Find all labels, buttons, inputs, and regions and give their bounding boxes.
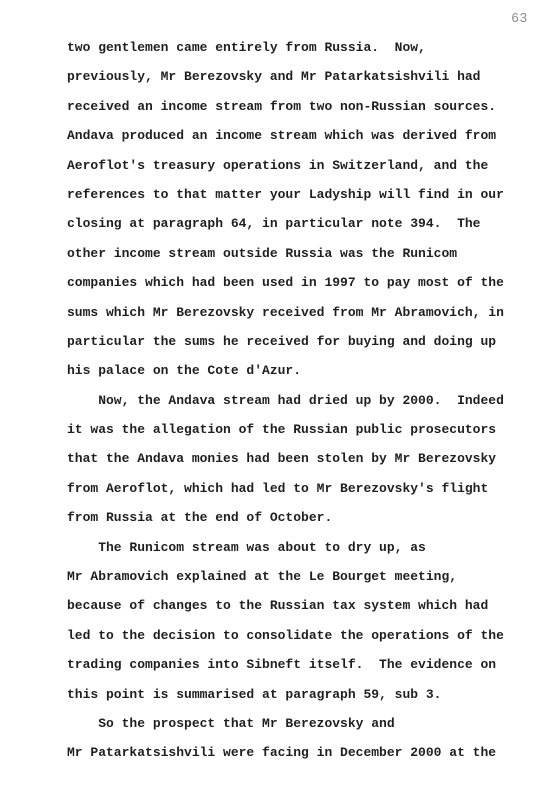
- transcript-line: Now, the Andava stream had dried up by 2…: [67, 386, 538, 415]
- transcript-page: 63 two gentlemen came entirely from Russ…: [0, 0, 558, 789]
- transcript-line: particular the sums he received for buyi…: [67, 327, 538, 356]
- transcript-line: because of changes to the Russian tax sy…: [67, 591, 538, 620]
- transcript-line: led to the decision to consolidate the o…: [67, 621, 538, 650]
- transcript-line: from Russia at the end of October.: [67, 503, 538, 532]
- transcript-line: it was the allegation of the Russian pub…: [67, 415, 538, 444]
- transcript-line: two gentlemen came entirely from Russia.…: [67, 33, 538, 62]
- transcript-line: this point is summarised at paragraph 59…: [67, 680, 538, 709]
- transcript-line: trading companies into Sibneft itself. T…: [67, 650, 538, 679]
- transcript-line: sums which Mr Berezovsky received from M…: [67, 298, 538, 327]
- transcript-line: Mr Patarkatsishvili were facing in Decem…: [67, 738, 538, 767]
- transcript-line: his palace on the Cote d'Azur.: [67, 356, 538, 385]
- transcript-line: from Aeroflot, which had led to Mr Berez…: [67, 474, 538, 503]
- transcript-line: So the prospect that Mr Berezovsky and: [67, 709, 538, 738]
- transcript-line: companies which had been used in 1997 to…: [67, 268, 538, 297]
- transcript-line: other income stream outside Russia was t…: [67, 239, 538, 268]
- transcript-line: received an income stream from two non-R…: [67, 92, 538, 121]
- page-number: 63: [512, 10, 528, 25]
- transcript-line: Andava produced an income stream which w…: [67, 121, 538, 150]
- transcript-line: Mr Abramovich explained at the Le Bourge…: [67, 562, 538, 591]
- transcript-line: Aeroflot's treasury operations in Switze…: [67, 151, 538, 180]
- transcript-line: references to that matter your Ladyship …: [67, 180, 538, 209]
- transcript-line: The Runicom stream was about to dry up, …: [67, 533, 538, 562]
- transcript-line: closing at paragraph 64, in particular n…: [67, 209, 538, 238]
- transcript-line: previously, Mr Berezovsky and Mr Patarka…: [67, 62, 538, 91]
- transcript-text: two gentlemen came entirely from Russia.…: [67, 33, 538, 768]
- transcript-line: that the Andava monies had been stolen b…: [67, 444, 538, 473]
